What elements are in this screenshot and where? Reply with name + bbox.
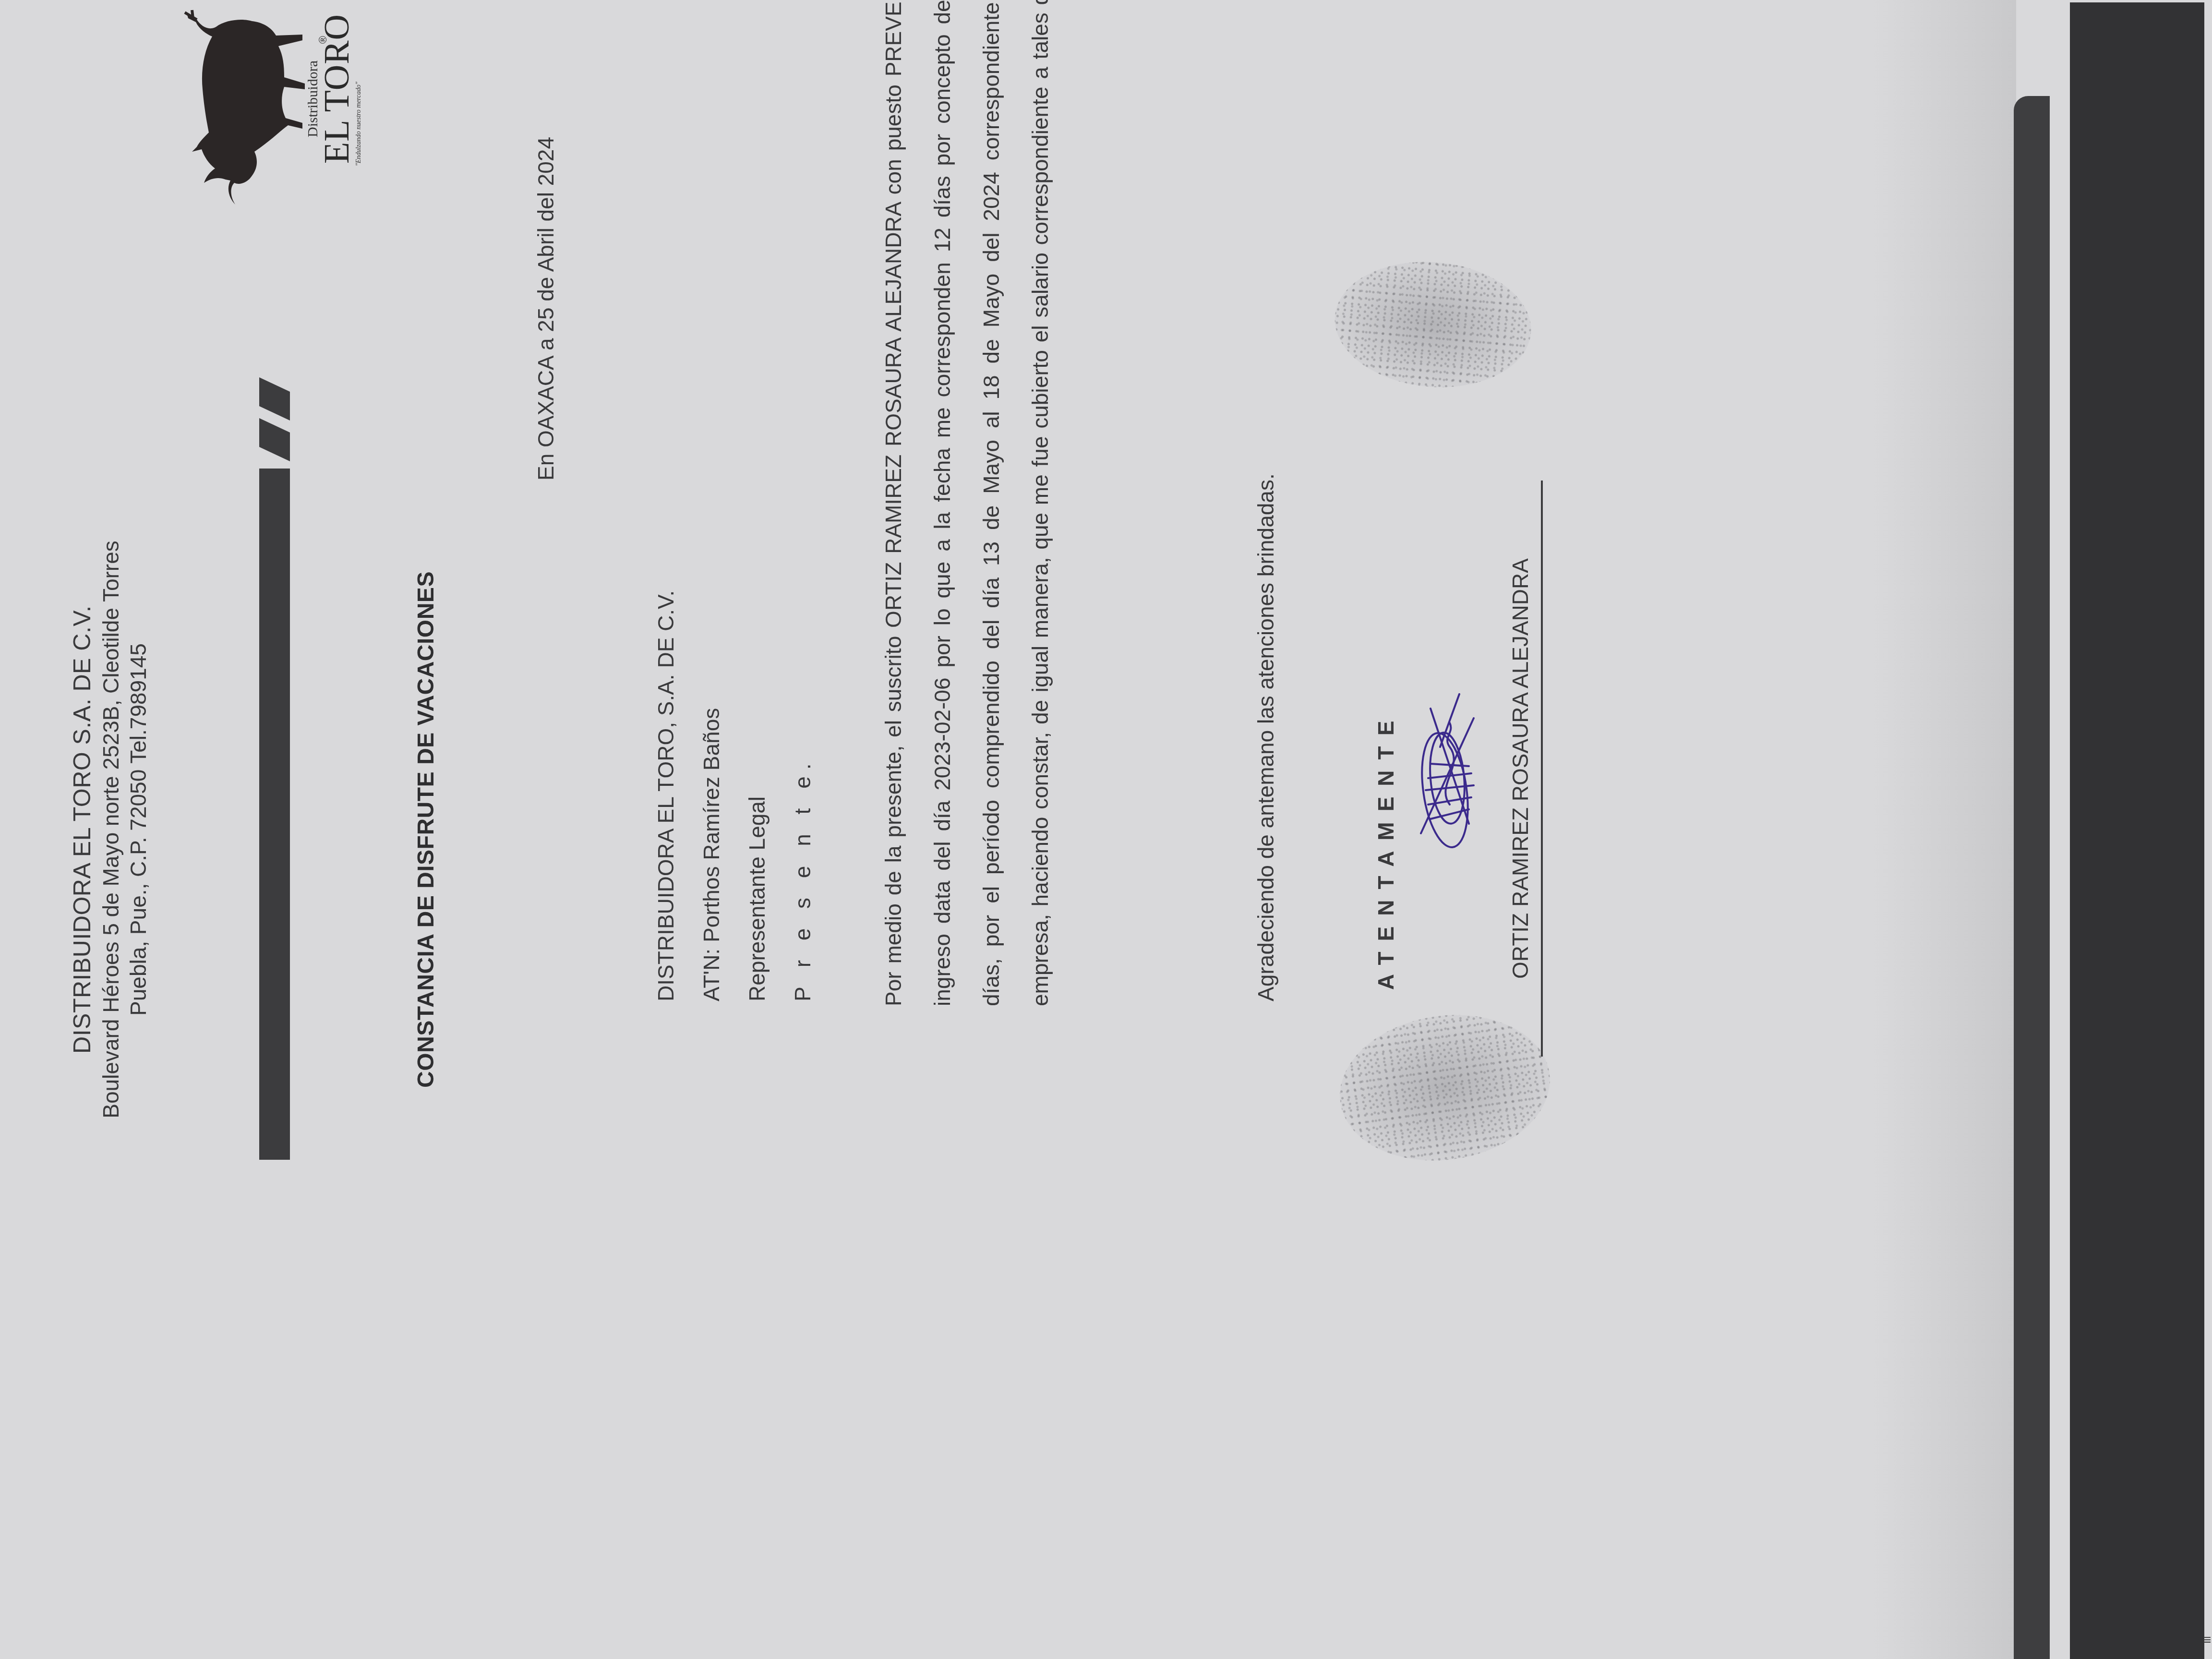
header-stripes — [259, 152, 293, 1160]
body-paragraph: Por medio de la presente, el suscrito OR… — [869, 0, 1065, 1006]
signature-icon — [1402, 689, 1498, 862]
header-stripe-short — [259, 377, 290, 421]
company-logo: Distribuidora EL TORO ® "Endulzando nues… — [158, 8, 374, 209]
addressee-greeting: P r e s e n t e. — [780, 590, 826, 1001]
closing-thanks: Agradeciendo de antemano las atenciones … — [1253, 473, 1279, 1001]
place-date: En OAXACA a 25 de Abril del 2024 — [533, 137, 559, 481]
addressee-role: Representante Legal — [734, 590, 780, 1001]
valediction: ATENTAMENTE — [1373, 219, 1399, 1659]
fingerprint-right — [1329, 254, 1536, 396]
header-stripe-short — [259, 418, 290, 461]
document-page: DISTRIBUIDORA EL TORO S.A. DE C.V. Boule… — [0, 0, 2212, 1659]
addressee-company: DISTRIBUIDORA EL TORO, S.A. DE C.V. — [643, 590, 689, 1001]
addressee-attention: AT'N: Porthos Ramírez Baños — [689, 590, 734, 1001]
addressee-block: DISTRIBUIDORA EL TORO, S.A. DE C.V. AT'N… — [643, 590, 826, 1001]
logo-tagline: "Endulzando nuestro mercado" — [355, 82, 363, 166]
company-city-phone: Puebla, Pue., C.P. 72050 Tel.7989145 — [125, 0, 153, 1659]
page-corner-mark: ≡ — [2203, 1632, 2211, 1647]
company-name: DISTRIBUIDORA EL TORO S.A. DE C.V. — [67, 0, 97, 1659]
company-address: Boulevard Héroes 5 de Mayo norte 2523B, … — [97, 0, 125, 1659]
document-title: CONSTANCIA DE DISFRUTE DE VACACIONES — [413, 0, 439, 1659]
letterhead: DISTRIBUIDORA EL TORO S.A. DE C.V. Boule… — [67, 0, 153, 1659]
signatory-name: ORTIZ RAMIREZ ROSAURA ALEJANDRA — [1507, 481, 1543, 1057]
registered-mark: ® — [317, 36, 329, 44]
bull-icon — [158, 8, 317, 209]
handwritten-signature — [1402, 689, 1498, 862]
header-stripe-long — [259, 469, 290, 1160]
